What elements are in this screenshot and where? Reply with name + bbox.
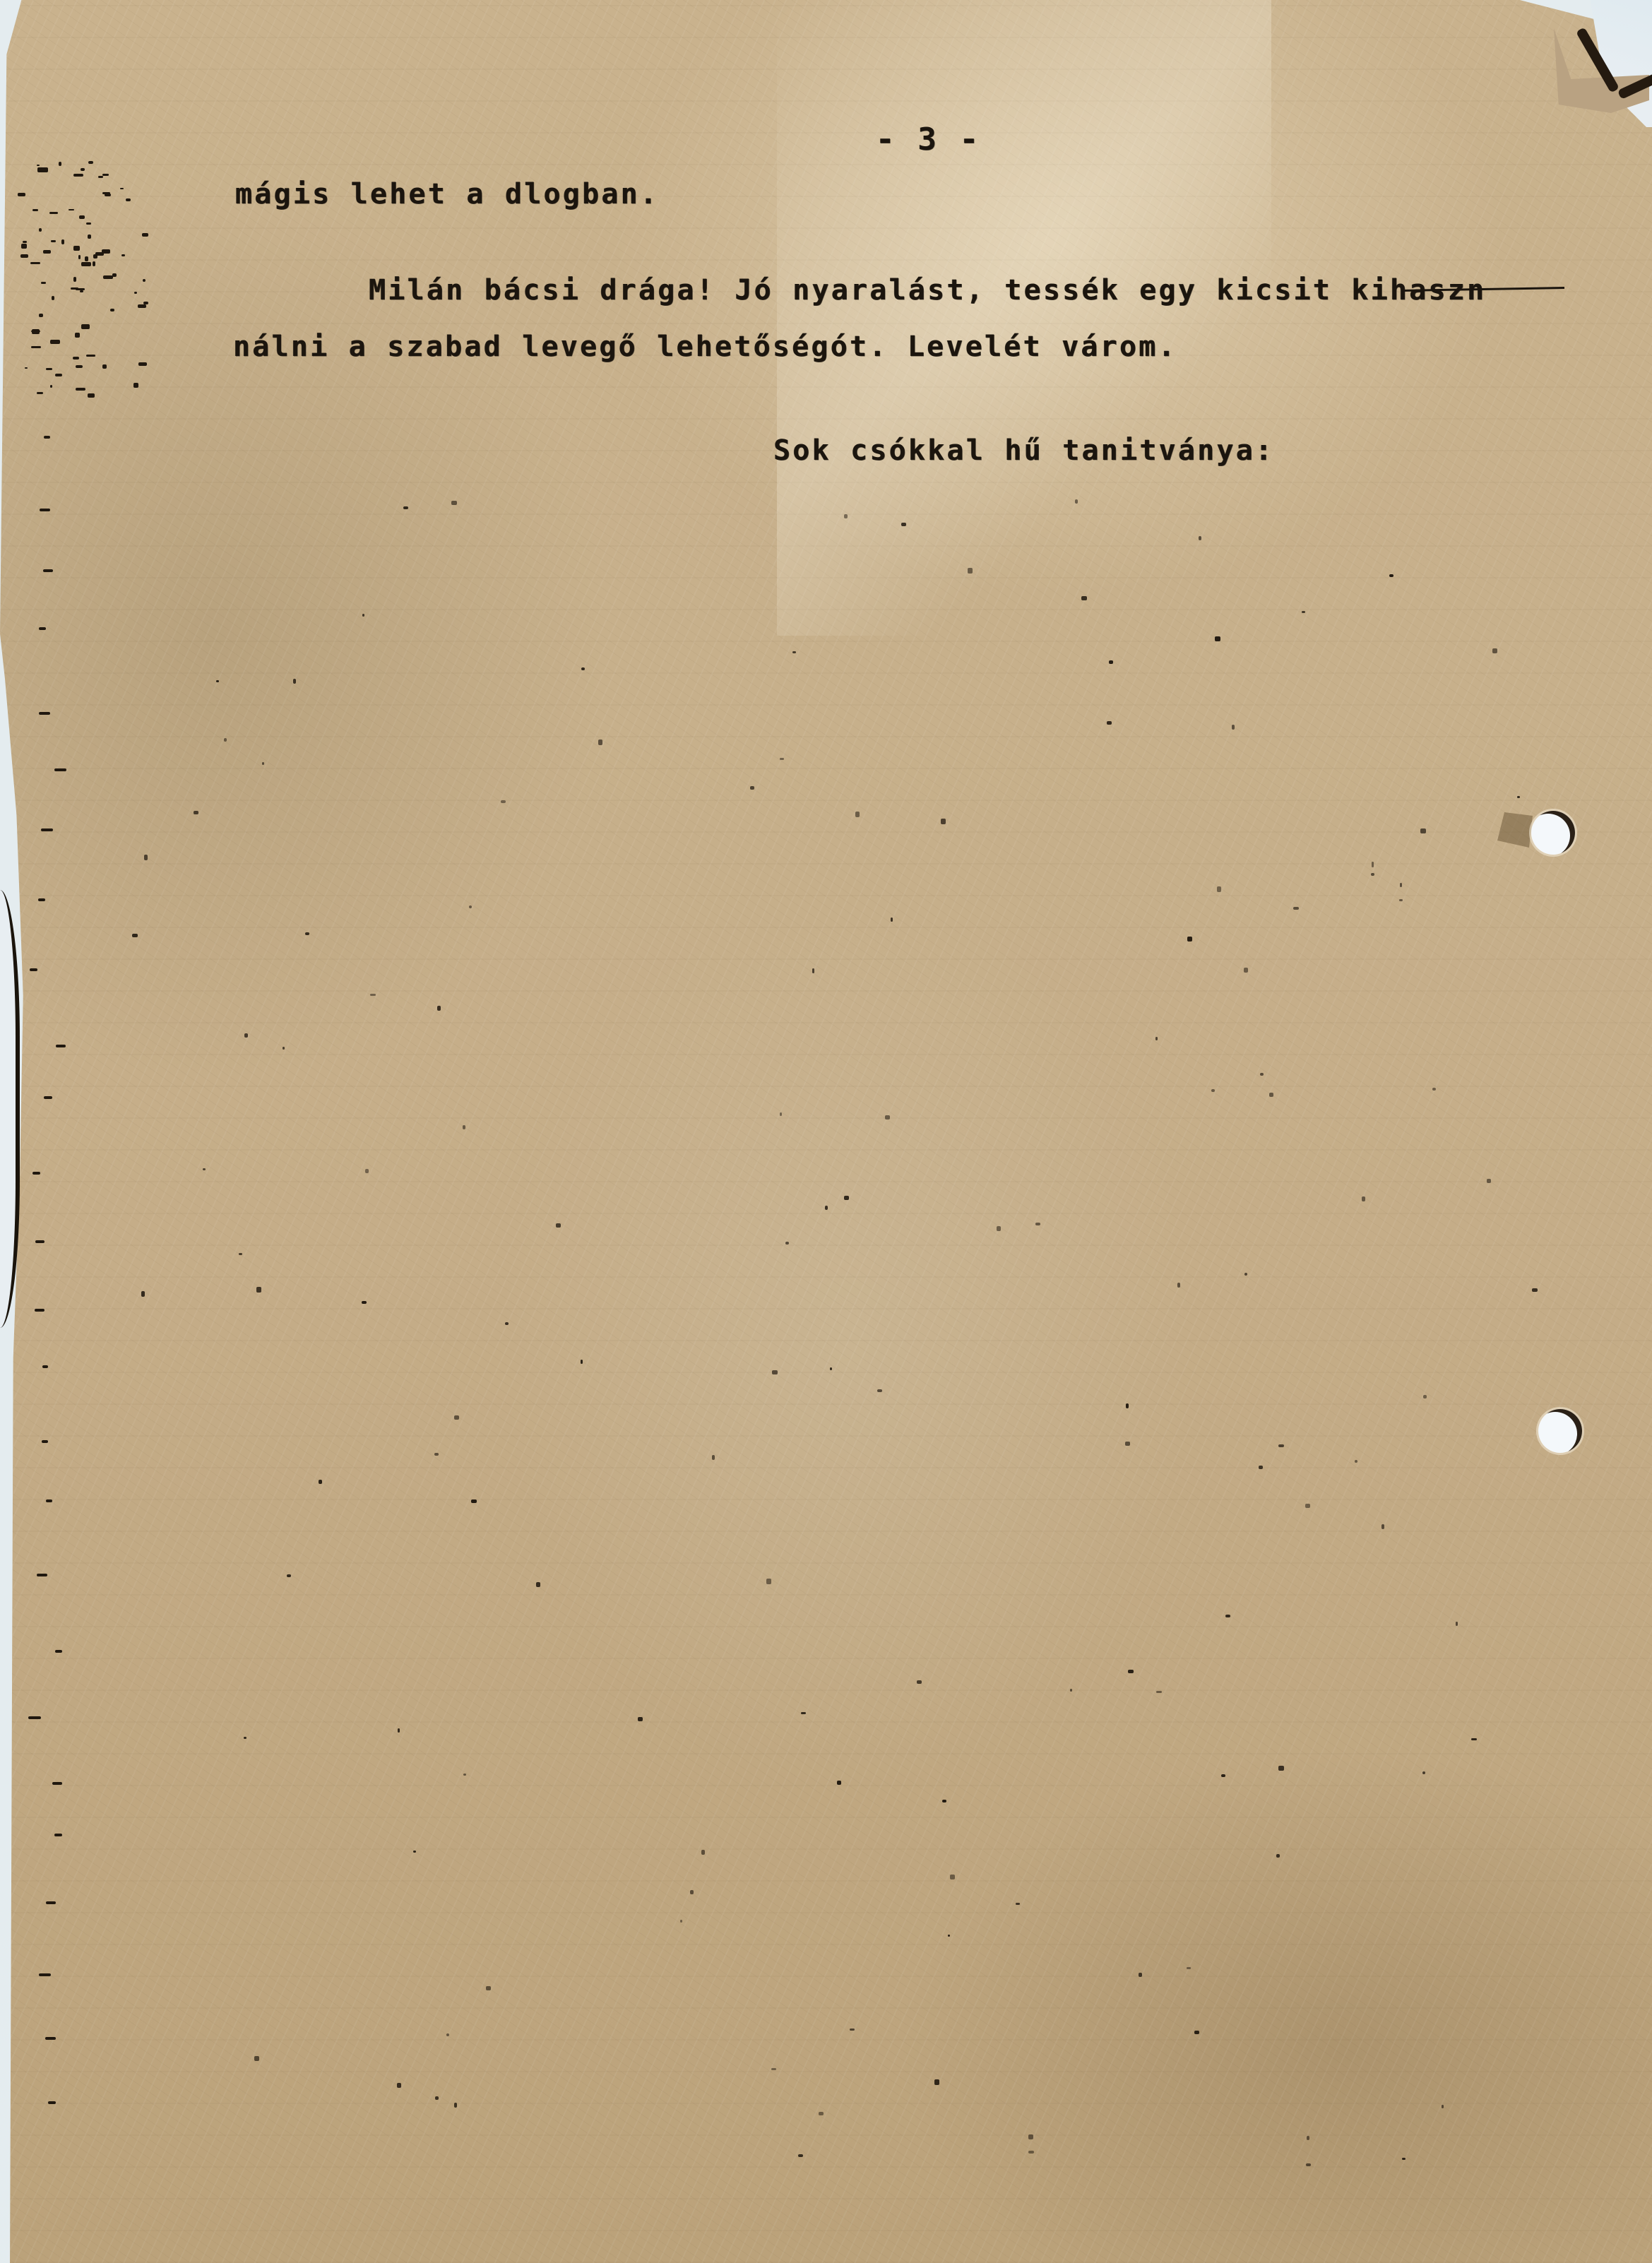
speck — [46, 1901, 56, 1904]
speck — [501, 800, 506, 803]
speck — [224, 738, 227, 742]
speck — [1305, 1504, 1310, 1508]
speck — [1199, 536, 1202, 540]
speck — [44, 436, 50, 439]
speck — [451, 501, 457, 505]
speck — [446, 2033, 448, 2036]
speck — [1187, 937, 1192, 942]
speck — [37, 392, 42, 394]
speck — [812, 968, 814, 973]
speck — [28, 1716, 41, 1719]
speck — [362, 1301, 367, 1304]
speck — [55, 374, 62, 376]
speck — [1128, 1670, 1134, 1673]
speck — [21, 244, 28, 249]
speck — [1389, 574, 1393, 577]
speck — [102, 249, 110, 254]
speck — [262, 762, 265, 765]
speck — [1232, 725, 1235, 730]
speck — [239, 1253, 242, 1255]
speck — [81, 168, 85, 171]
speck — [203, 1168, 206, 1170]
speck — [581, 667, 585, 671]
speck — [46, 1499, 52, 1502]
speck — [766, 1579, 771, 1584]
speck — [134, 292, 137, 294]
speck — [1225, 1615, 1230, 1617]
speck — [50, 340, 59, 345]
speck — [712, 1455, 715, 1460]
speck — [1442, 2105, 1444, 2108]
speck — [701, 1850, 706, 1855]
speck — [1276, 1854, 1280, 1858]
speck — [850, 2029, 855, 2031]
speck — [73, 174, 84, 177]
speck — [37, 165, 40, 166]
speck — [45, 2037, 56, 2040]
speck — [102, 192, 110, 194]
speck — [1081, 596, 1086, 600]
speck — [54, 1834, 62, 1836]
punch-hole-upper — [1531, 811, 1575, 855]
speck — [121, 254, 124, 256]
folded-corner — [1540, 0, 1652, 127]
speck — [1075, 499, 1078, 504]
text-line-closing: Sok csókkal hű tanitványa: — [773, 434, 1274, 467]
speck — [143, 302, 148, 304]
speck — [138, 362, 147, 366]
speck — [505, 1322, 509, 1325]
speck — [132, 934, 137, 937]
speck — [216, 680, 219, 682]
speck — [397, 2083, 401, 2088]
speck — [1278, 1766, 1283, 1771]
speck — [120, 188, 124, 189]
speck — [256, 1287, 261, 1293]
speck — [785, 1242, 789, 1245]
text-line-body: nálni a szabad levegő lehetőségót. Level… — [233, 331, 1177, 363]
speck — [1126, 1403, 1128, 1408]
speck — [50, 385, 52, 388]
speck — [39, 1973, 51, 1976]
speck — [138, 304, 146, 309]
speck — [434, 1453, 439, 1456]
speck — [56, 1045, 66, 1047]
speck — [1244, 1273, 1247, 1276]
speck — [20, 254, 28, 258]
speck — [73, 357, 78, 360]
speck — [1381, 1524, 1384, 1529]
speck — [32, 1172, 40, 1175]
speck — [103, 275, 113, 279]
speck — [42, 1440, 47, 1443]
speck — [32, 209, 38, 210]
speck — [1070, 1689, 1072, 1692]
speck — [437, 1006, 441, 1011]
speck — [1456, 1622, 1458, 1625]
speck — [71, 287, 78, 290]
speck — [1400, 883, 1403, 887]
speck — [598, 740, 602, 745]
speck — [93, 261, 95, 266]
speck — [1139, 1973, 1142, 1977]
speck — [1371, 873, 1374, 876]
speck — [398, 1728, 400, 1732]
speck — [37, 1574, 47, 1576]
speck — [25, 367, 28, 369]
speck — [830, 1367, 833, 1370]
speck — [81, 324, 90, 329]
speck — [556, 1223, 561, 1228]
speck — [950, 1875, 956, 1879]
speck — [1420, 828, 1426, 833]
speck — [44, 1096, 53, 1099]
speck — [35, 1240, 45, 1243]
speck — [1306, 2163, 1311, 2166]
speck — [885, 1115, 890, 1119]
speck — [88, 161, 93, 164]
speck — [1259, 1466, 1263, 1469]
speck — [85, 256, 88, 261]
speck — [141, 1291, 144, 1297]
speck — [244, 1033, 247, 1038]
speck — [39, 314, 43, 318]
speck — [41, 282, 46, 283]
speck — [69, 209, 74, 210]
speck — [750, 786, 754, 790]
speck — [948, 1935, 950, 1937]
speck — [917, 1680, 922, 1684]
speck — [942, 1800, 946, 1802]
speck — [37, 167, 47, 172]
speck — [98, 176, 104, 178]
speck — [18, 193, 25, 196]
speck — [35, 1309, 45, 1312]
speck — [690, 1890, 694, 1894]
speck — [798, 2154, 804, 2157]
speck — [941, 819, 946, 824]
speck — [31, 346, 41, 348]
speck — [54, 768, 66, 771]
speck — [403, 506, 408, 509]
speck — [1372, 862, 1374, 867]
letter-page: - 3 - mágis lehet a dlogban. Milán bácsi… — [0, 0, 1652, 2263]
speck — [792, 651, 796, 653]
speck — [1028, 2151, 1034, 2154]
speck — [1109, 660, 1114, 663]
speck — [1035, 1223, 1041, 1225]
speck — [39, 627, 45, 630]
speck — [1492, 648, 1497, 653]
speck — [1244, 968, 1248, 973]
speck — [23, 241, 27, 243]
speck — [934, 2079, 939, 2084]
speck — [143, 279, 145, 282]
speck — [43, 569, 53, 572]
speck — [825, 1206, 828, 1211]
speck — [471, 1499, 477, 1503]
speck — [244, 1737, 246, 1740]
speck — [997, 1226, 1000, 1231]
speck — [112, 273, 117, 277]
speck — [1016, 1903, 1020, 1905]
speck — [39, 712, 50, 715]
speck — [1307, 2136, 1309, 2140]
speck — [1278, 1444, 1284, 1447]
punch-hole-lower — [1538, 1409, 1582, 1453]
speck — [75, 333, 80, 338]
speck — [76, 388, 85, 391]
speck — [133, 383, 139, 388]
speck — [365, 1169, 368, 1173]
speck — [370, 994, 376, 996]
speck — [88, 234, 91, 239]
speck — [454, 2103, 457, 2108]
speck — [877, 1389, 883, 1391]
speck — [49, 212, 58, 214]
speck — [73, 246, 80, 251]
speck — [780, 758, 784, 761]
text-line-greeting: Milán bácsi drága! Jó nyaralást, tessék … — [369, 274, 1486, 307]
punch-hole-tear — [1497, 812, 1533, 848]
speck — [254, 2056, 259, 2061]
speck — [194, 811, 198, 815]
speck — [1028, 2134, 1033, 2140]
speck — [38, 898, 45, 901]
speck — [51, 240, 56, 242]
speck — [1302, 611, 1305, 614]
page-number: - 3 - — [876, 121, 980, 158]
speck — [486, 1986, 491, 1990]
speck — [142, 233, 148, 236]
speck — [43, 250, 51, 254]
speck — [102, 364, 107, 369]
speck — [819, 2112, 824, 2115]
speck — [891, 917, 893, 921]
speck — [40, 509, 50, 511]
speck — [463, 1125, 465, 1129]
speck — [1362, 1196, 1365, 1201]
speck — [1215, 636, 1220, 641]
speck — [837, 1781, 841, 1786]
speck — [52, 1782, 62, 1785]
speck — [1293, 907, 1299, 910]
speck — [638, 1717, 643, 1721]
speck — [30, 968, 37, 971]
speck — [801, 1712, 806, 1714]
speck — [1260, 1073, 1264, 1076]
speck — [73, 277, 76, 281]
speck — [772, 1370, 777, 1374]
speck — [110, 309, 114, 311]
speck — [1423, 1395, 1426, 1398]
speck — [1269, 1093, 1273, 1098]
speck — [80, 290, 83, 292]
speck — [469, 905, 472, 908]
speck — [1399, 899, 1403, 901]
speck — [1402, 2158, 1406, 2160]
speck — [463, 1774, 466, 1776]
speck — [93, 254, 97, 259]
speck — [305, 932, 309, 935]
speck — [126, 198, 131, 201]
speck — [39, 228, 41, 232]
speck — [319, 1480, 323, 1484]
speck — [1187, 1967, 1191, 1969]
speck — [413, 1851, 416, 1853]
speck — [1471, 1738, 1477, 1740]
speck — [55, 1650, 62, 1653]
speck — [61, 239, 64, 244]
paper-crease-highlight — [777, 0, 1271, 636]
speck — [41, 828, 53, 831]
speck — [1194, 2031, 1199, 2034]
speck — [1422, 1771, 1425, 1774]
speck — [435, 2096, 439, 2100]
speck — [1221, 1774, 1225, 1778]
speck — [105, 194, 112, 196]
speck — [42, 1365, 48, 1368]
speck — [48, 2101, 55, 2104]
speck — [76, 365, 83, 368]
speck — [293, 679, 296, 684]
speck — [95, 252, 104, 256]
speck — [144, 855, 147, 860]
speck — [79, 215, 85, 219]
speck — [1355, 1460, 1357, 1463]
speck — [1211, 1089, 1214, 1092]
speck — [1107, 721, 1112, 725]
speck — [31, 331, 40, 332]
speck — [46, 368, 52, 370]
speck — [52, 296, 55, 300]
speck — [581, 1360, 583, 1364]
speck — [1155, 1037, 1158, 1040]
speck — [30, 262, 40, 264]
speck — [855, 812, 860, 817]
speck — [780, 1112, 782, 1116]
speck — [1156, 1691, 1162, 1693]
speck — [968, 568, 973, 574]
speck — [844, 1196, 849, 1201]
speck — [454, 1415, 458, 1420]
speck — [59, 162, 61, 166]
speck — [1432, 1088, 1437, 1091]
speck — [86, 222, 91, 225]
speck — [287, 1574, 291, 1577]
speck — [771, 2068, 776, 2070]
speck — [1487, 1179, 1491, 1183]
speck — [81, 262, 91, 266]
speck — [901, 523, 906, 526]
speck — [283, 1047, 285, 1050]
speck — [102, 174, 109, 176]
speck — [88, 393, 95, 398]
speck — [1125, 1442, 1130, 1446]
speck — [78, 255, 81, 259]
speck — [1532, 1288, 1538, 1292]
speck — [680, 1920, 682, 1923]
speck — [32, 329, 39, 334]
text-line-continuation: mágis lehet a dlogban. — [235, 178, 659, 210]
speck — [362, 614, 365, 616]
speck — [1217, 886, 1221, 892]
speck — [76, 288, 85, 290]
speck — [536, 1582, 541, 1587]
speck — [86, 355, 95, 357]
speck — [1177, 1283, 1180, 1288]
speck — [844, 514, 848, 518]
speck — [1517, 796, 1520, 798]
